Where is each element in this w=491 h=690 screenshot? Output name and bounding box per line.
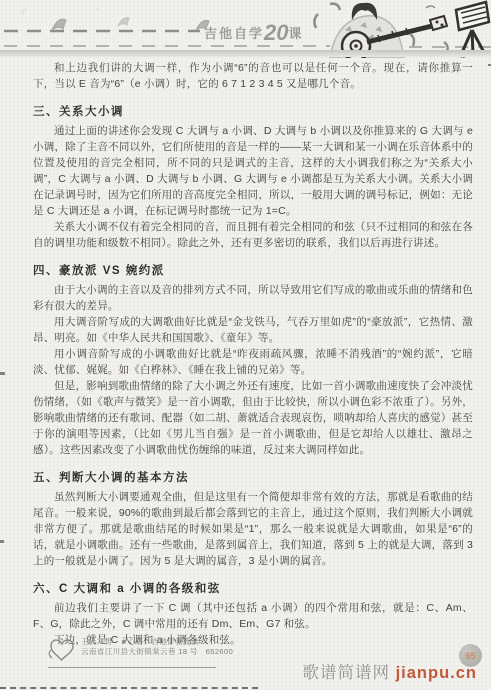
section-heading-5: 五、判断大小调的基本方法 xyxy=(33,469,473,485)
paragraph: 但是，影响到歌曲情绪的除了大小调之外还有速度，比如一首小调歌曲速度快了会冲淡忧伤… xyxy=(33,378,473,458)
paragraph: 通过上面的讲述你会发现 C 大调与 a 小调、D 大调与 b 小调以及你推算来的… xyxy=(33,123,473,219)
scan-artifact-dashed-line xyxy=(0,687,258,689)
paragraph: 用大调音阶写成的大调歌曲好比就是“金戈铁马，气吞万里如虎”的“豪放派”，它热情、… xyxy=(33,314,473,346)
scan-artifact xyxy=(0,540,4,543)
music-note-icon xyxy=(52,18,209,30)
intro-paragraph: 和上边我们讲的大调一样，作为小调“6”的音也可以是任何一个音。现在，请你推算一下… xyxy=(33,60,473,92)
heart-icon xyxy=(48,637,76,663)
section-heading-3: 三、关系大小调 xyxy=(33,103,473,119)
paragraph: 前边我们主要讲了一下 C 调（其中还包括 a 小调）的四个常用和弦，就是：C、A… xyxy=(33,600,473,632)
owner-stamp: 王云 男 ★心语：吉他伴我流浪 云南省江川县大街镇棠云巷 18 号 652600 xyxy=(48,637,216,668)
owner-line: 王云 男 ★心语：吉他伴我流浪 xyxy=(81,637,233,647)
paragraph: 关系大小调不仅有着完全相同的音，而且拥有着完全相同的和弦（只不过相同的和弦在各自… xyxy=(33,219,473,251)
logo-text: 课 xyxy=(289,26,304,41)
music-note-icon: ♩ xyxy=(95,0,107,13)
paragraph: 虽然判断大小调要通观全曲，但是这里有一个简便却非常有效的方法，那就是看歌曲的结尾… xyxy=(33,489,473,569)
watermark-site-name: 歌谱简谱网 xyxy=(302,664,395,682)
section-heading-4: 四、豪放派 VS 婉约派 xyxy=(33,262,473,278)
scan-artifact xyxy=(0,372,5,375)
logo-text: 吉他自学 xyxy=(204,26,264,41)
page-header: ♪ ♩ xyxy=(0,0,491,58)
address-line: 云南省江川县大街镇棠云巷 18 号 652600 xyxy=(81,647,233,657)
book-title-logo: 吉他自学20课 xyxy=(204,20,304,46)
music-stand-icon xyxy=(456,2,489,57)
logo-number: 20 xyxy=(264,20,288,45)
header-divider-bar xyxy=(0,50,491,57)
paragraph: 由于大小调的主音以及音的排列方式不同，所以导致用它们写成的歌曲或乐曲的情绪和色彩… xyxy=(33,282,473,314)
page-content: 和上边我们讲的大调一样，作为小调“6”的音也可以是任何一个音。现在，请你推算一下… xyxy=(33,60,473,648)
watermark-domain: jianpu.cn xyxy=(396,664,477,682)
book-page: ♪ ♩ xyxy=(0,0,491,690)
music-note-icon: ♪ xyxy=(20,1,27,17)
site-watermark: 歌谱简谱网 jianpu.cn xyxy=(302,659,477,683)
section-heading-6: 六、C 大调和 a 小调的各级和弦 xyxy=(33,580,473,596)
paragraph: 用小调音阶写成的小调歌曲好比就是“昨夜雨疏风骤，浓睡不消残酒”的“婉约派”，它暗… xyxy=(33,346,473,378)
owner-text: 王云 男 ★心语：吉他伴我流浪 云南省江川县大街镇棠云巷 18 号 652600 xyxy=(81,637,233,657)
